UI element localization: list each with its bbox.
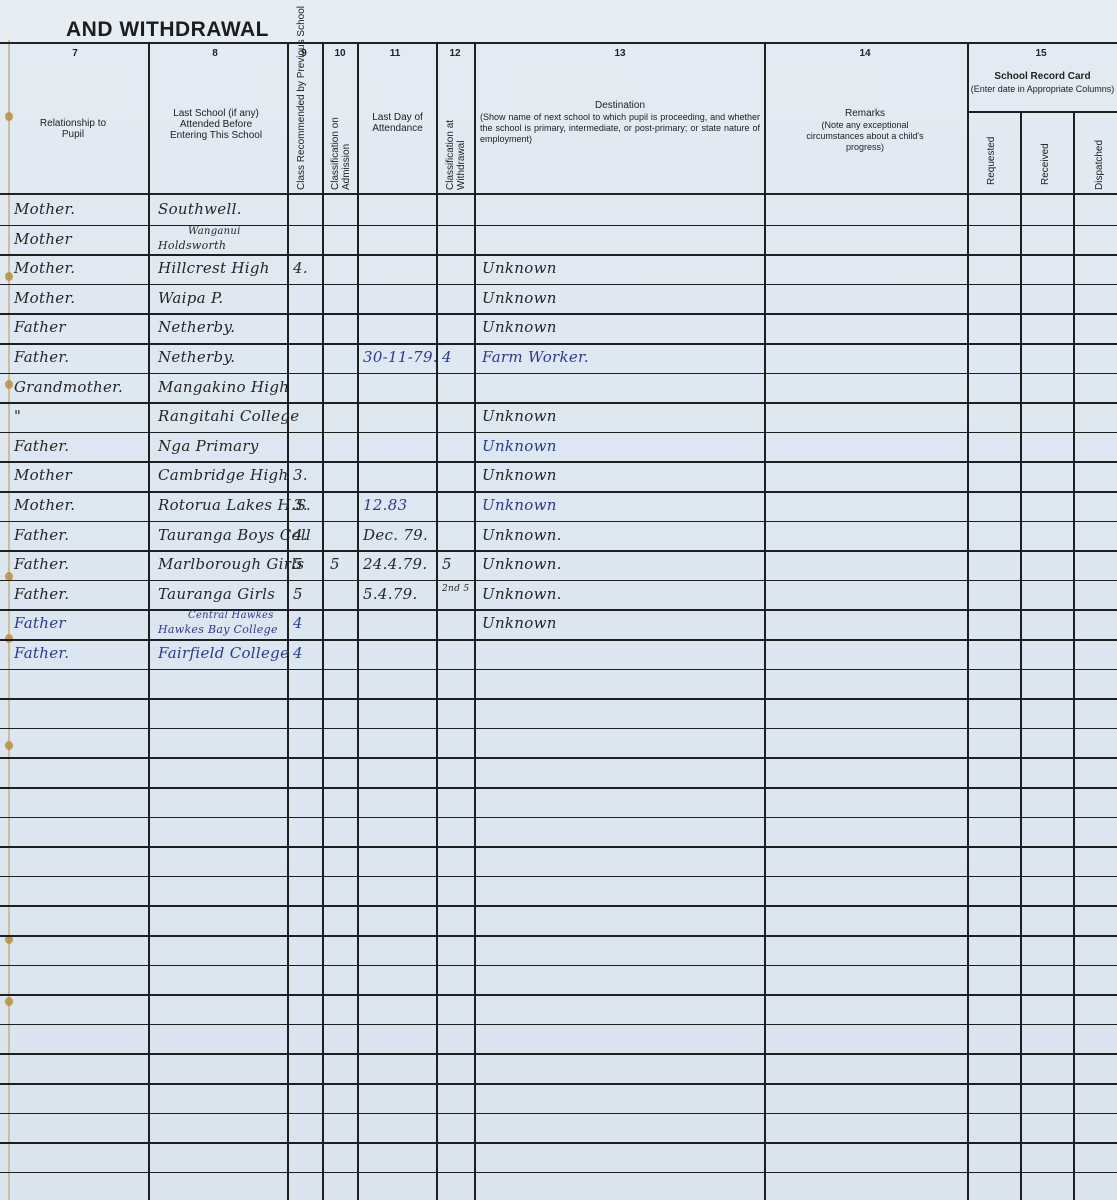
cell-last-day: 5.4.79. bbox=[363, 585, 418, 603]
row-rule bbox=[0, 402, 1117, 404]
cell-relationship: Father. bbox=[14, 348, 69, 366]
col-7-number: 7 bbox=[60, 48, 90, 59]
col-13-label: Destination bbox=[478, 100, 762, 111]
binding-stitch bbox=[5, 741, 13, 750]
cell-relationship: Father. bbox=[14, 585, 69, 603]
cell-relationship: Mother. bbox=[14, 289, 75, 307]
col-13-note: (Show name of next school to which pupil… bbox=[480, 112, 760, 145]
cell-class-recommended: 4 bbox=[293, 614, 303, 632]
cell-relationship: Father. bbox=[14, 555, 69, 573]
cell-destination: Unknown bbox=[482, 289, 557, 307]
cell-last-school-note: Central Hawkes bbox=[188, 610, 274, 621]
row-rule bbox=[0, 550, 1117, 552]
cell-destination: Farm Worker. bbox=[482, 348, 589, 366]
col-15-dispatched-label: Dispatched bbox=[1094, 110, 1105, 190]
cell-destination: Unknown bbox=[482, 407, 557, 425]
cell-last-school: Netherby. bbox=[158, 318, 235, 336]
col-12-label: Classification at Withdrawal bbox=[445, 110, 467, 190]
row-rule bbox=[0, 787, 1117, 789]
row-rule bbox=[0, 580, 1117, 582]
row-rule bbox=[0, 461, 1117, 463]
column-divider bbox=[474, 44, 476, 1200]
cell-relationship: Mother. bbox=[14, 496, 75, 514]
column-divider bbox=[967, 44, 969, 1200]
row-rule bbox=[0, 846, 1117, 848]
row-rule bbox=[0, 313, 1117, 315]
cell-last-school: Hawkes Bay College bbox=[158, 623, 278, 636]
col-15-note: (Enter date in Appropriate Columns) bbox=[970, 84, 1115, 95]
col-15-number: 15 bbox=[1026, 48, 1056, 59]
cell-last-school: Southwell. bbox=[158, 200, 242, 218]
column-divider bbox=[322, 44, 324, 1200]
cell-class-recommended: 5 bbox=[293, 555, 303, 573]
cell-destination: Unknown. bbox=[482, 585, 562, 603]
col-15-sub-rule bbox=[967, 111, 1117, 113]
row-rule bbox=[0, 639, 1117, 641]
cell-last-day: 24.4.79. bbox=[363, 555, 427, 573]
cell-relationship: Father bbox=[14, 614, 66, 632]
row-rule bbox=[0, 965, 1117, 967]
cell-relationship: " bbox=[14, 407, 21, 425]
cell-last-school: Nga Primary bbox=[158, 437, 259, 455]
cell-class-recommended: 3. bbox=[293, 496, 308, 514]
col-15-requested-label: Requested bbox=[986, 115, 997, 185]
cell-class-recommended: 3. bbox=[293, 466, 308, 484]
row-rule bbox=[0, 1172, 1117, 1174]
cell-last-school: Fairfield College bbox=[158, 644, 289, 662]
cell-relationship: Father. bbox=[14, 644, 69, 662]
cell-relationship: Mother bbox=[14, 466, 72, 484]
column-divider bbox=[1073, 111, 1075, 1200]
cell-destination: Unknown bbox=[482, 466, 557, 484]
row-rule bbox=[0, 284, 1117, 286]
col-12-number: 12 bbox=[440, 48, 470, 59]
cell-class-withdrawal: 5 bbox=[442, 555, 452, 573]
col-15-received-label: Received bbox=[1040, 115, 1051, 185]
column-divider bbox=[287, 44, 289, 1200]
header-bottom-rule bbox=[0, 193, 1117, 195]
col-8-number: 8 bbox=[200, 48, 230, 59]
col-10-number: 10 bbox=[325, 48, 355, 59]
row-rule bbox=[0, 491, 1117, 493]
cell-class-recommended: 5 bbox=[293, 585, 303, 603]
column-divider bbox=[436, 44, 438, 1200]
column-divider bbox=[357, 44, 359, 1200]
column-divider bbox=[148, 44, 150, 1200]
cell-last-school: Waipa P. bbox=[158, 289, 223, 307]
cell-relationship: Mother. bbox=[14, 259, 75, 277]
cell-class-withdrawal: 4 bbox=[442, 348, 452, 366]
binding-stitch bbox=[5, 380, 13, 389]
col-13-number: 13 bbox=[605, 48, 635, 59]
cell-relationship: Grandmother. bbox=[14, 378, 123, 396]
col-14-label: Remarks bbox=[800, 108, 930, 119]
cell-destination: Unknown. bbox=[482, 555, 562, 573]
cell-relationship: Father. bbox=[14, 437, 69, 455]
register-page: AND WITHDRAWAL 7 Relationship to Pupil 8… bbox=[0, 0, 1117, 1200]
cell-destination: Unknown bbox=[482, 259, 557, 277]
cell-last-day: 30-11-79. bbox=[363, 348, 438, 366]
cell-class-recommended: 4. bbox=[293, 259, 308, 277]
binding-thread bbox=[8, 40, 10, 1200]
cell-last-school: Rangitahi College bbox=[158, 407, 299, 425]
col-7-label: Relationship to Pupil bbox=[28, 118, 118, 140]
row-rule bbox=[0, 432, 1117, 434]
col-8-label: Last School (if any) Attended Before Ent… bbox=[160, 108, 272, 141]
cell-relationship: Father bbox=[14, 318, 66, 336]
row-rule bbox=[0, 817, 1117, 819]
header-top-rule bbox=[0, 42, 1117, 44]
cell-relationship: Mother. bbox=[14, 200, 75, 218]
col-9-label: Class Recommended by Previous School bbox=[296, 65, 307, 190]
row-rule bbox=[0, 669, 1117, 671]
column-divider bbox=[1020, 111, 1022, 1200]
binding-stitch bbox=[5, 272, 13, 281]
cell-last-school-note: Wanganui bbox=[188, 226, 241, 237]
column-divider bbox=[764, 44, 766, 1200]
row-rule bbox=[0, 225, 1117, 227]
col-10-label: Classification on Admission bbox=[330, 100, 352, 190]
row-rule bbox=[0, 698, 1117, 700]
row-rule bbox=[0, 521, 1117, 523]
row-rule bbox=[0, 343, 1117, 345]
binding-stitch bbox=[5, 112, 13, 121]
col-11-number: 11 bbox=[380, 48, 410, 59]
row-rule bbox=[0, 935, 1117, 937]
cell-last-day: 12.83 bbox=[363, 496, 407, 514]
row-rule bbox=[0, 994, 1117, 996]
cell-last-school: Cambridge High bbox=[158, 466, 288, 484]
row-rule bbox=[0, 728, 1117, 730]
cell-class-recommended: 4. bbox=[293, 526, 308, 544]
cell-last-school: Mangakino High bbox=[158, 378, 289, 396]
cell-relationship: Mother bbox=[14, 230, 72, 248]
cell-destination: Unknown. bbox=[482, 526, 562, 544]
cell-last-school: Tauranga Boys Coll bbox=[158, 526, 311, 544]
cell-destination: Unknown bbox=[482, 318, 557, 336]
cell-last-school: Netherby. bbox=[158, 348, 235, 366]
col-11-label: Last Day of Attendance bbox=[365, 112, 430, 134]
row-rule bbox=[0, 1113, 1117, 1115]
col-14-number: 14 bbox=[850, 48, 880, 59]
cell-destination: Unknown bbox=[482, 614, 557, 632]
cell-destination: Unknown bbox=[482, 496, 557, 514]
cell-class-recommended: 4 bbox=[293, 644, 303, 662]
cell-destination: Unknown bbox=[482, 437, 557, 455]
row-rule bbox=[0, 1083, 1117, 1085]
row-rule bbox=[0, 1024, 1117, 1026]
row-rule bbox=[0, 757, 1117, 759]
col-14-note: (Note any exceptional circumstances abou… bbox=[800, 120, 930, 153]
cell-last-day: Dec. 79. bbox=[363, 526, 428, 544]
cell-last-school: Hillcrest High bbox=[158, 259, 270, 277]
page-title: AND WITHDRAWAL bbox=[66, 18, 269, 42]
row-rule bbox=[0, 1053, 1117, 1055]
row-rule bbox=[0, 876, 1117, 878]
col-15-label: School Record Card bbox=[970, 71, 1115, 82]
row-rule bbox=[0, 609, 1117, 611]
binding-stitch bbox=[5, 997, 13, 1006]
cell-last-school: Tauranga Girls bbox=[158, 585, 275, 603]
cell-class-withdrawal: 2nd 5 bbox=[442, 585, 469, 594]
cell-last-school: Marlborough Girls bbox=[158, 555, 304, 573]
cell-last-school: Rotorua Lakes H.S. bbox=[158, 496, 311, 514]
cell-relationship: Father. bbox=[14, 526, 69, 544]
cell-last-school: Holdsworth bbox=[158, 239, 226, 252]
row-rule bbox=[0, 1142, 1117, 1144]
row-rule bbox=[0, 254, 1117, 256]
row-rule bbox=[0, 373, 1117, 375]
cell-class-admission: 5 bbox=[330, 555, 340, 573]
row-rule bbox=[0, 905, 1117, 907]
